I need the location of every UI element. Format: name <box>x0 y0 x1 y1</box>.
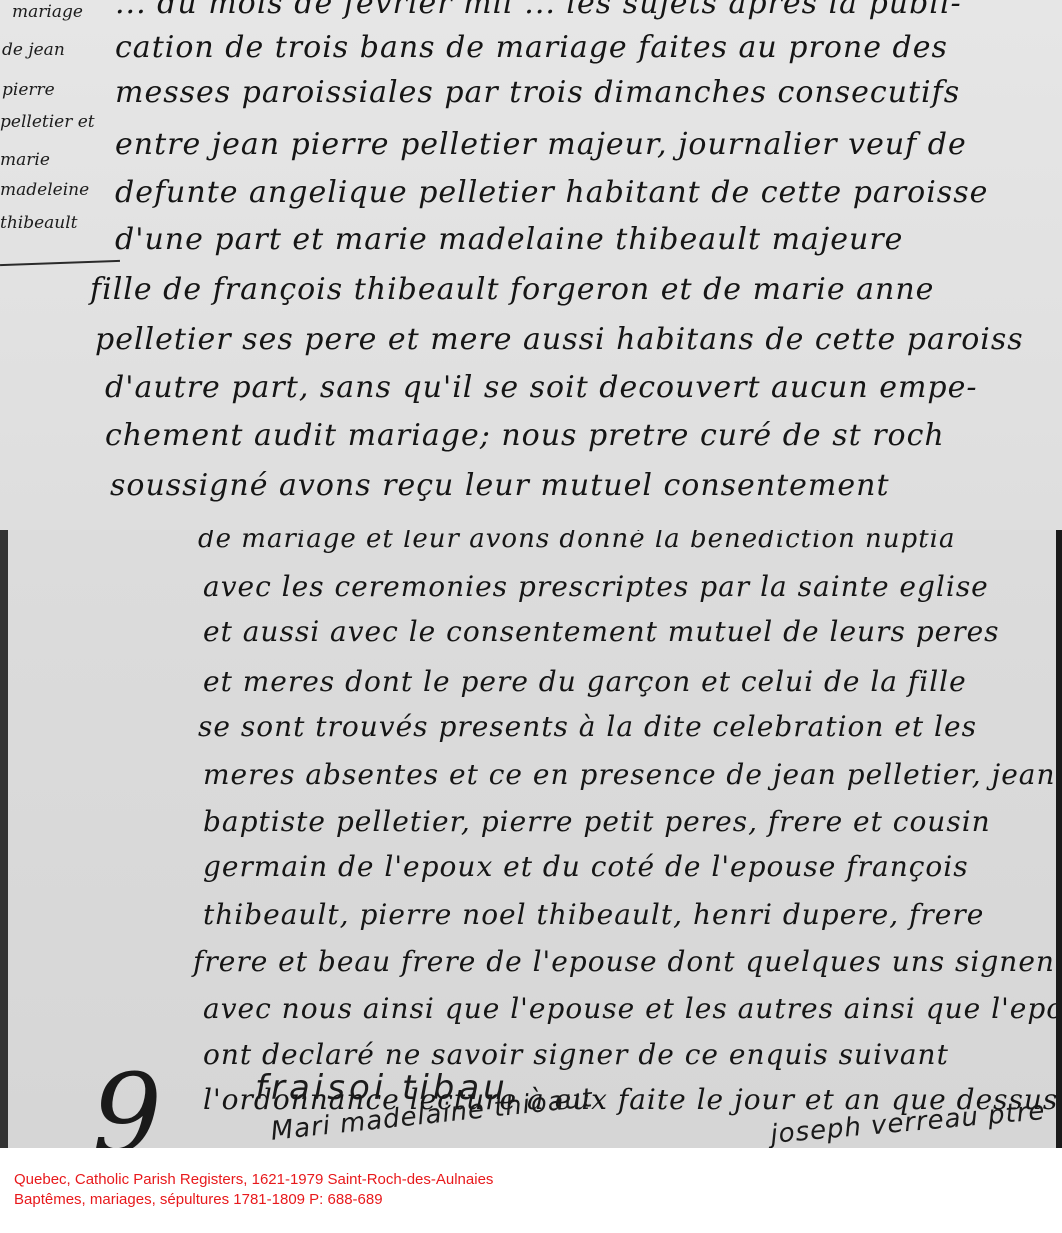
text-line: germain de l'epoux et du coté de l'epous… <box>203 850 969 883</box>
margin-note: madeleine <box>0 180 89 200</box>
source-caption: Quebec, Catholic Parish Registers, 1621-… <box>14 1170 493 1210</box>
text-line: cation de trois bans de mariage faites a… <box>115 30 948 65</box>
text-line: baptiste pelletier, pierre petit peres, … <box>203 805 991 838</box>
text-line: frere et beau frere de l'epouse dont que… <box>193 945 1062 978</box>
text-line: soussigné avons reçu leur mutuel consent… <box>110 468 890 503</box>
text-line: thibeault, pierre noel thibeault, henri … <box>203 898 984 931</box>
text-line: et meres dont le pere du garçon et celui… <box>203 665 967 698</box>
caption-line-2: Baptêmes, mariages, sépultures 1781-1809… <box>14 1190 493 1210</box>
text-line: se sont trouvés presents à la dite celeb… <box>198 710 977 743</box>
margin-note: de jean <box>2 40 65 60</box>
register-scan: mariage de jean pierre pelletier et mari… <box>0 0 1062 1148</box>
text-line: chement audit mariage; nous pretre curé … <box>105 418 945 453</box>
text-line: ont declaré ne savoir signer de ce enqui… <box>203 1038 949 1071</box>
margin-note: marie <box>0 150 50 170</box>
margin-mark: 9 <box>92 1050 162 1148</box>
margin-note: mariage <box>12 2 83 22</box>
text-line: avec nous ainsi que l'epouse et les autr… <box>203 992 1062 1025</box>
text-line: messes paroissiales par trois dimanches … <box>115 75 960 110</box>
margin-rule <box>0 260 120 266</box>
text-line: pelletier ses pere et mere aussi habitan… <box>95 322 1024 357</box>
page-top-section: mariage de jean pierre pelletier et mari… <box>0 0 1062 530</box>
text-line: fille de françois thibeault forgeron et … <box>90 272 934 307</box>
margin-note: thibeault <box>0 213 78 233</box>
text-line: de mariage et leur avons donné la benedi… <box>198 530 955 554</box>
text-line: avec les ceremonies prescriptes par la s… <box>203 570 989 603</box>
caption-line-1: Quebec, Catholic Parish Registers, 1621-… <box>14 1170 493 1190</box>
text-line: defunte angelique pelletier habitant de … <box>115 175 988 210</box>
text-line: entre jean pierre pelletier majeur, jour… <box>115 127 967 162</box>
text-line: et aussi avec le consentement mutuel de … <box>203 615 1000 648</box>
margin-note: pelletier et <box>0 112 95 132</box>
text-line: ... du mois de fevrier mil ... les sujet… <box>115 0 962 21</box>
text-line: meres absentes et ce en presence de jean… <box>203 758 1056 791</box>
margin-note: pierre <box>2 80 55 100</box>
text-line: d'autre part, sans qu'il se soit decouve… <box>105 370 978 405</box>
text-line: d'une part et marie madelaine thibeault … <box>115 222 903 257</box>
